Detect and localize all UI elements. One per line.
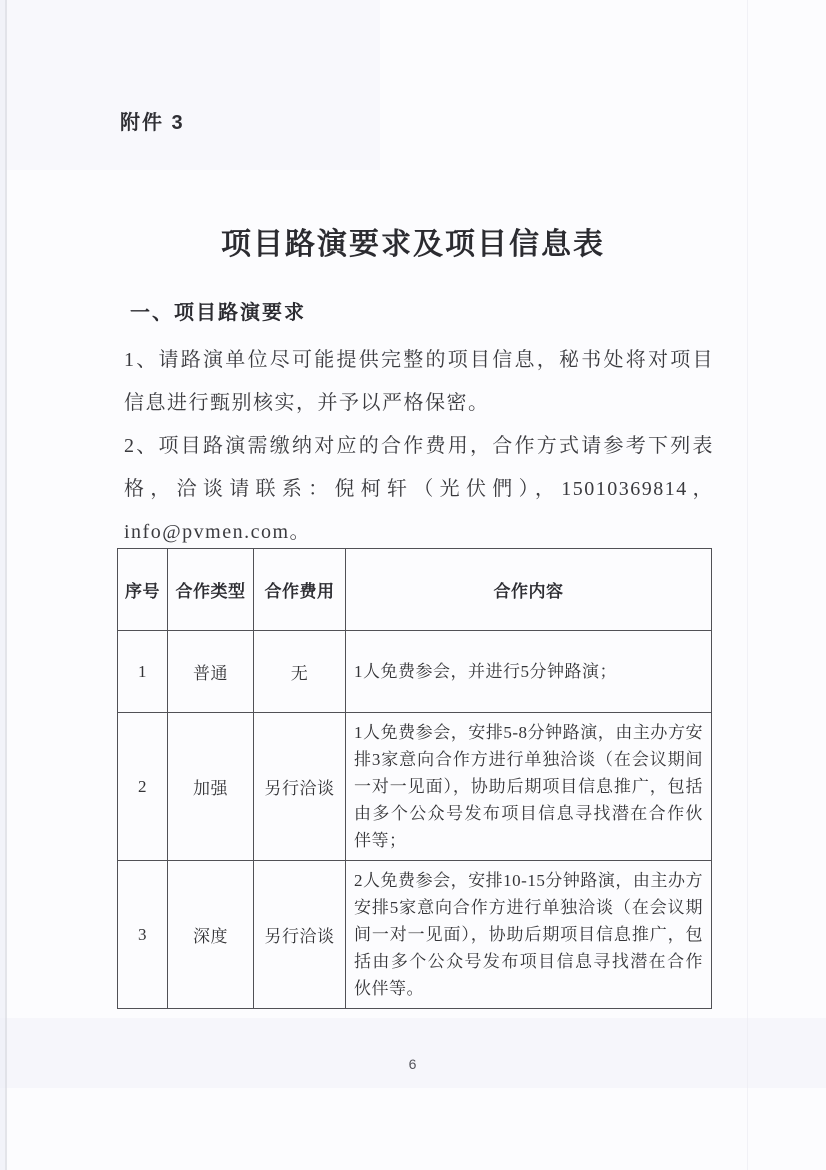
table-header-row: 序号 合作类型 合作费用 合作内容 [118, 549, 712, 631]
cell-number: 1 [118, 631, 168, 713]
scan-artifact-right-fold-line [747, 0, 748, 1170]
cell-content: 1人免费参会，并进行5分钟路演； [346, 631, 712, 713]
cell-fee: 另行洽谈 [254, 861, 346, 1009]
cell-number: 3 [118, 861, 168, 1009]
column-header-fee: 合作费用 [254, 549, 346, 631]
paragraph-cooperation-fee-contact: 2、项目路演需缴纳对应的合作费用，合作方式请参考下列表格，洽谈请联系：倪柯轩（光… [124, 425, 714, 554]
cell-type: 普通 [168, 631, 254, 713]
cell-type: 深度 [168, 861, 254, 1009]
table-row: 3 深度 另行洽谈 2人免费参会，安排10-15分钟路演，由主办方安排5家意向合… [118, 861, 712, 1009]
document-page: 附件 3 项目路演要求及项目信息表 一、项目路演要求 1、请路演单位尽可能提供完… [0, 0, 826, 1170]
column-header-type: 合作类型 [168, 549, 254, 631]
column-header-content: 合作内容 [346, 549, 712, 631]
cooperation-table: 序号 合作类型 合作费用 合作内容 1 普通 无 1人免费参会，并进行5分钟路演… [117, 548, 712, 1009]
scan-artifact-left-edge-line [5, 0, 7, 1170]
table-row: 2 加强 另行洽谈 1人免费参会，安排5-8分钟路演，由主办方安排3家意向合作方… [118, 713, 712, 861]
scan-artifact-top-tint [0, 0, 380, 170]
table-row: 1 普通 无 1人免费参会，并进行5分钟路演； [118, 631, 712, 713]
cell-fee: 无 [254, 631, 346, 713]
document-title: 项目路演要求及项目信息表 [0, 219, 826, 263]
cell-fee: 另行洽谈 [254, 713, 346, 861]
section-heading: 一、项目路演要求 [130, 296, 306, 325]
scan-artifact-bottom-tint [0, 1018, 826, 1088]
column-header-number: 序号 [118, 549, 168, 631]
paragraph-roadshow-info: 1、请路演单位尽可能提供完整的项目信息，秘书处将对项目信息进行甄别核实，并予以严… [124, 339, 714, 425]
body-text-block: 1、请路演单位尽可能提供完整的项目信息，秘书处将对项目信息进行甄别核实，并予以严… [124, 339, 714, 554]
cell-type: 加强 [168, 713, 254, 861]
cell-content: 1人免费参会，安排5-8分钟路演，由主办方安排3家意向合作方进行单独洽谈（在会议… [346, 713, 712, 861]
page-number: 6 [0, 1056, 826, 1072]
attachment-label: 附件 3 [120, 106, 185, 135]
cell-number: 2 [118, 713, 168, 861]
cell-content: 2人免费参会，安排10-15分钟路演，由主办方安排5家意向合作方进行单独洽谈（在… [346, 861, 712, 1009]
